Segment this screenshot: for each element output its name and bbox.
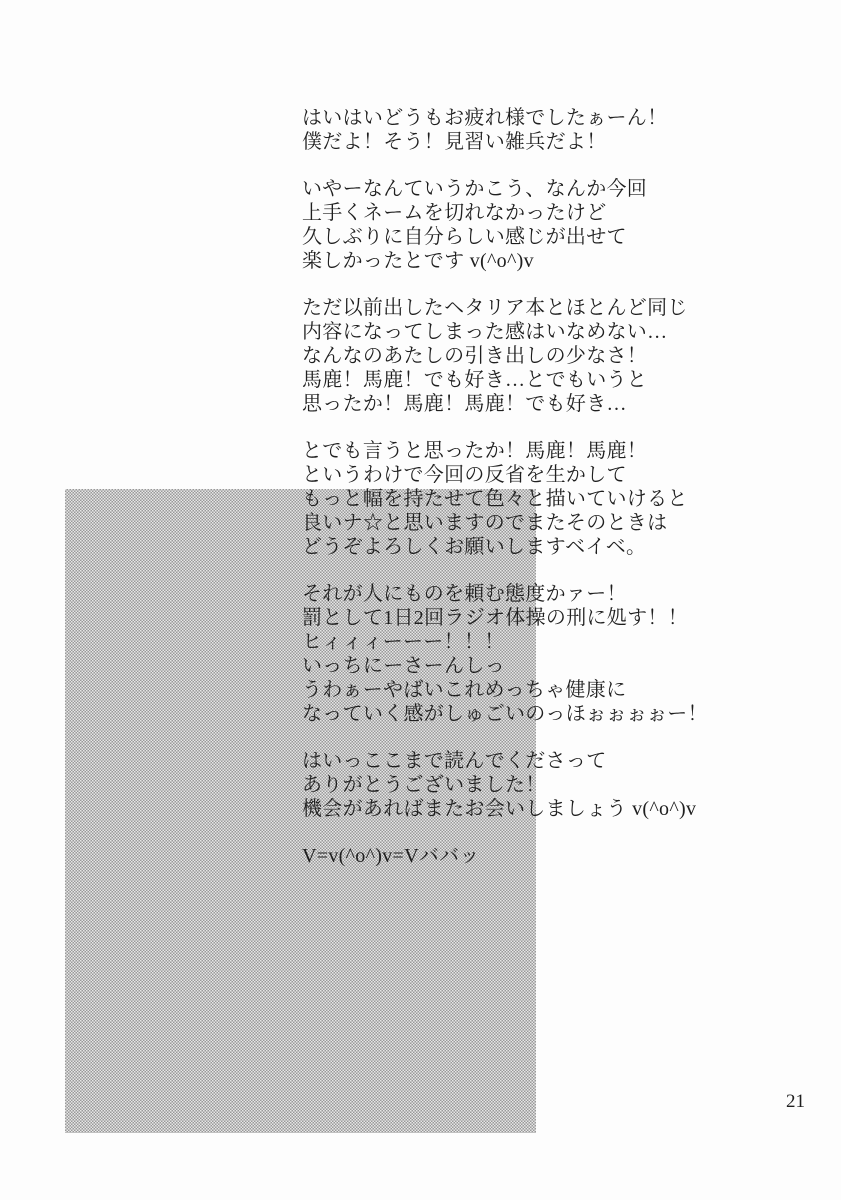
afterword-line: ただ以前出したヘタリア本とほとんど同じ <box>302 296 782 320</box>
afterword-line: 思ったか！馬鹿！馬鹿！でも好き… <box>302 392 782 416</box>
afterword-line: 久しぶりに自分らしい感じが出せて <box>302 225 782 249</box>
afterword-line: うわぁーやばいこれめっちゃ健康に <box>302 678 782 702</box>
afterword-paragraph: はいっここまで読んでくださって ありがとうございました！ 機会があればまたお会い… <box>302 749 782 821</box>
afterword-paragraph: とでも言うと思ったか！馬鹿！馬鹿！ というわけで今回の反省を生かして もっと幅を… <box>302 439 782 559</box>
emoticon-line: V=v(^o^)v=Vババッ <box>302 844 782 868</box>
afterword-line: 上手くネームを切れなかったけど <box>302 201 782 225</box>
afterword-line: はいっここまで読んでくださって <box>302 749 782 773</box>
afterword-line: 良いナ☆と思いますのでまたそのときは <box>302 511 782 535</box>
afterword-line: どうぞよろしくお願いしますベイベ。 <box>302 535 782 559</box>
afterword-line: いやーなんていうかこう、なんか今回 <box>302 177 782 201</box>
afterword-paragraph: それが人にものを頼む態度かァー！ 罰として1日2回ラジオ体操の刑に処す！！ ヒィ… <box>302 582 782 726</box>
afterword-paragraph: はいはいどうもお疲れ様でしたぁーん！ 僕だよ！そう！見習い雑兵だよ！ <box>302 106 782 154</box>
afterword-line: 罰として1日2回ラジオ体操の刑に処す！！ <box>302 606 782 630</box>
afterword-paragraph: ただ以前出したヘタリア本とほとんど同じ 内容になってしまった感はいなめない… な… <box>302 296 782 416</box>
afterword-line: それが人にものを頼む態度かァー！ <box>302 582 782 606</box>
afterword-paragraph: いやーなんていうかこう、なんか今回 上手くネームを切れなかったけど 久しぶりに自… <box>302 177 782 273</box>
afterword-line: なっていく感がしゅごいのっほぉぉぉぉー！ <box>302 702 782 726</box>
afterword-paragraph: V=v(^o^)v=Vババッ <box>302 844 782 868</box>
afterword-line: 機会があればまたお会いしましょう v(^o^)v <box>302 797 782 821</box>
page-number: 21 <box>786 1091 805 1113</box>
afterword-text-column: はいはいどうもお疲れ様でしたぁーん！ 僕だよ！そう！見習い雑兵だよ！ いやーなん… <box>302 106 782 891</box>
afterword-line: 僕だよ！そう！見習い雑兵だよ！ <box>302 130 782 154</box>
afterword-line: とでも言うと思ったか！馬鹿！馬鹿！ <box>302 439 782 463</box>
afterword-line: もっと幅を持たせて色々と描いていけると <box>302 487 782 511</box>
afterword-line: というわけで今回の反省を生かして <box>302 463 782 487</box>
afterword-line: 馬鹿！馬鹿！でも好き…とでもいうと <box>302 368 782 392</box>
afterword-line: 楽しかったとです v(^o^)v <box>302 249 782 273</box>
scanned-page: はいはいどうもお疲れ様でしたぁーん！ 僕だよ！そう！見習い雑兵だよ！ いやーなん… <box>0 0 841 1200</box>
afterword-line: いっちにーさーんしっ <box>302 654 782 678</box>
afterword-line: ヒィィィーーー！！！ <box>302 630 782 654</box>
afterword-line: なんなのあたしの引き出しの少なさ！ <box>302 344 782 368</box>
afterword-line: はいはいどうもお疲れ様でしたぁーん！ <box>302 106 782 130</box>
afterword-line: ありがとうございました！ <box>302 773 782 797</box>
afterword-line: 内容になってしまった感はいなめない… <box>302 320 782 344</box>
